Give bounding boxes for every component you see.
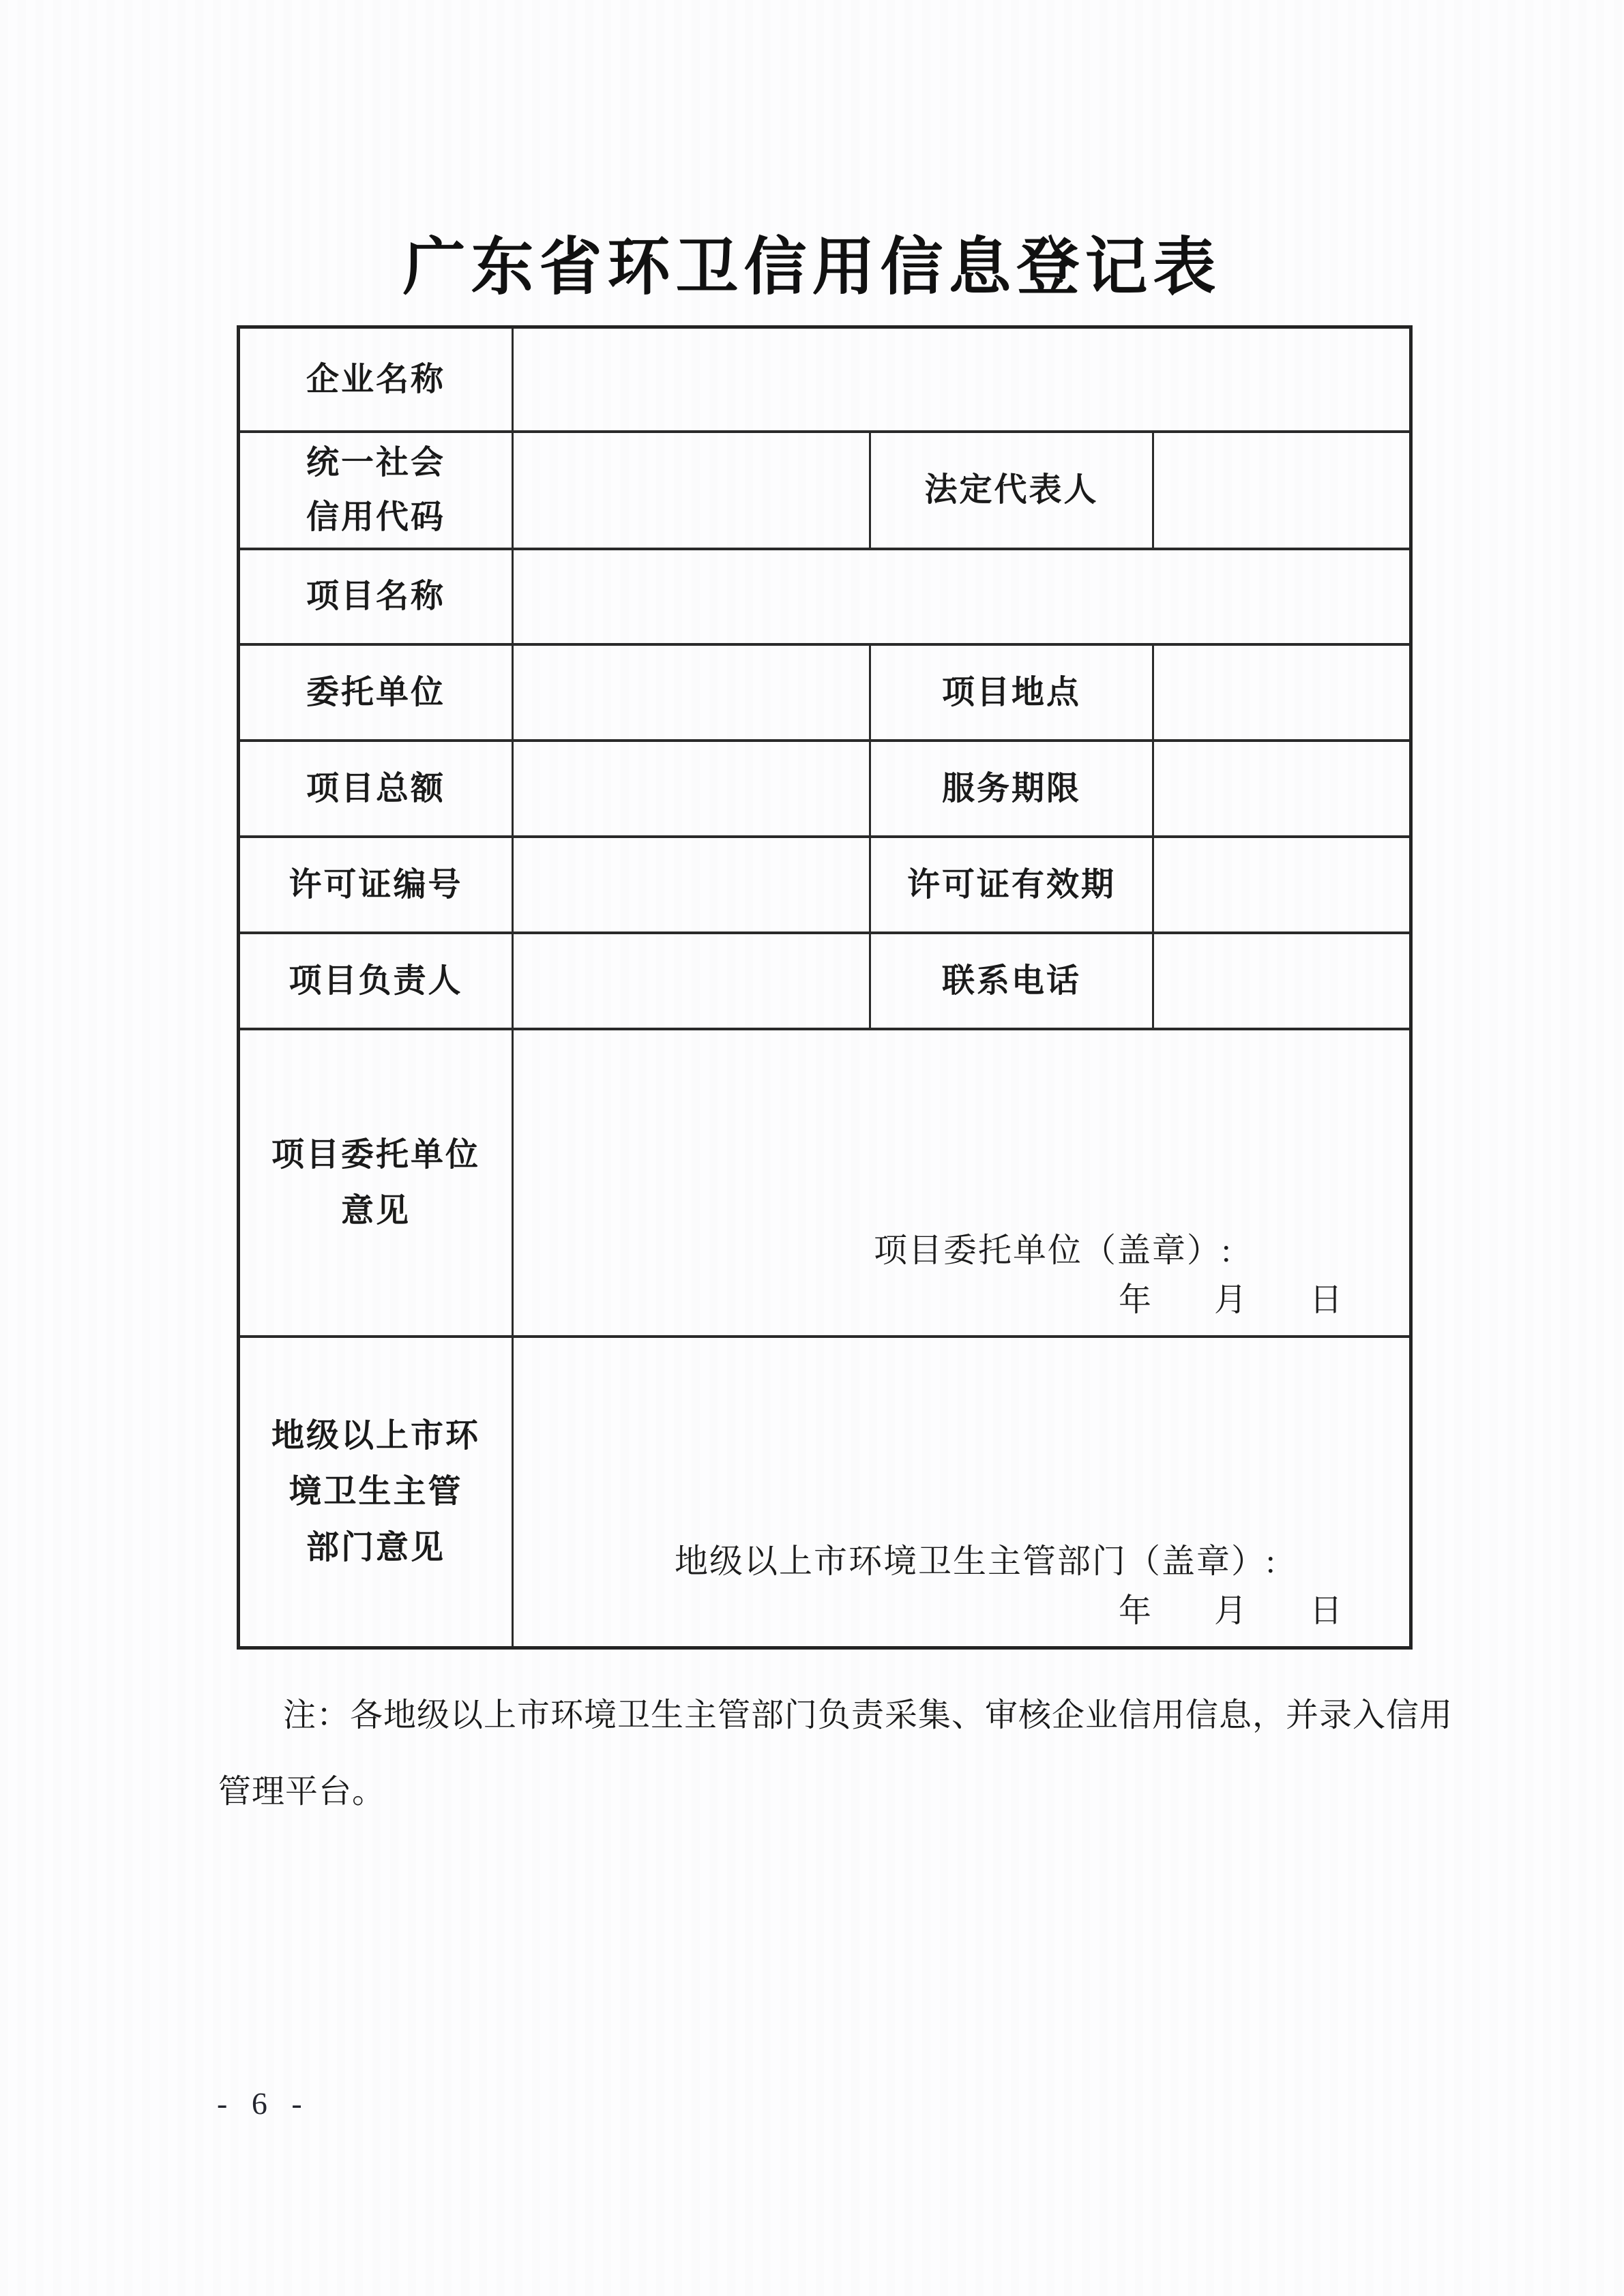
footnote: 注：各地级以上市环境卫生主管部门负责采集、审核企业信用信息，并录入信用 管理平台… (218, 1678, 1439, 1830)
entrusting-unit-stamp-line: 项目委托单位（盖章）: (874, 1230, 1409, 1271)
entrusting-unit-value (513, 644, 870, 741)
project-location-label: 项目地点 (870, 644, 1153, 741)
table-row-project-name: 项目名称 (239, 549, 1411, 644)
table-row-company-name: 企业名称 (239, 327, 1411, 432)
service-period-label: 服务期限 (870, 741, 1153, 837)
authority-opinion-area: 地级以上市环境卫生主管部门（盖章）: 年 月 日 (513, 1337, 1411, 1648)
footnote-line-1: 注：各地级以上市环境卫生主管部门负责采集、审核企业信用信息，并录入信用 (218, 1678, 1439, 1754)
registration-form-table: 企业名称 统一社会 信用代码 法定代表人 项目名称 委托单位 (237, 325, 1413, 1650)
license-validity-value (1153, 837, 1411, 933)
authority-opinion-content: 地级以上市环境卫生主管部门（盖章）: 年 月 日 (514, 1338, 1409, 1646)
authority-opinion-label: 地级以上市环 境卫生主管 部门意见 (239, 1337, 513, 1648)
date-month-label: 月 (1214, 1592, 1247, 1631)
date-year-label: 年 (1119, 1281, 1151, 1320)
date-month-label: 月 (1214, 1281, 1247, 1320)
project-name-label: 项目名称 (239, 549, 513, 644)
date-day-label: 日 (1310, 1281, 1342, 1320)
license-number-value (513, 837, 870, 933)
footnote-line-2: 管理平台。 (218, 1754, 1439, 1830)
project-location-value (1153, 644, 1411, 741)
table-row-entrusting-unit: 委托单位 项目地点 (239, 644, 1411, 741)
company-name-value (513, 327, 1411, 432)
authority-stamp-line: 地级以上市环境卫生主管部门（盖章）: (675, 1541, 1409, 1582)
credit-code-value (513, 432, 870, 549)
project-amount-label: 项目总额 (239, 741, 513, 837)
project-name-value (513, 549, 1411, 644)
project-amount-value (513, 741, 870, 837)
authority-date-line: 年 月 日 (514, 1592, 1409, 1631)
table-row-project-amount: 项目总额 服务期限 (239, 741, 1411, 837)
contact-phone-label: 联系电话 (870, 933, 1153, 1029)
project-leader-value (513, 933, 870, 1029)
entrusting-unit-opinion-area: 项目委托单位（盖章）: 年 月 日 (513, 1029, 1411, 1337)
legal-representative-value (1153, 432, 1411, 549)
table-row-entrusting-unit-opinion: 项目委托单位 意见 项目委托单位（盖章）: 年 月 日 (239, 1029, 1411, 1337)
license-number-label: 许可证编号 (239, 837, 513, 933)
license-validity-label: 许可证有效期 (870, 837, 1153, 933)
legal-representative-label: 法定代表人 (870, 432, 1153, 549)
page-title: 广东省环卫信用信息登记表 (0, 217, 1624, 307)
credit-code-label: 统一社会 信用代码 (239, 432, 513, 549)
date-year-label: 年 (1119, 1592, 1151, 1631)
company-name-label: 企业名称 (239, 327, 513, 432)
entrusting-unit-opinion-label: 项目委托单位 意见 (239, 1029, 513, 1337)
contact-phone-value (1153, 933, 1411, 1029)
table-row-authority-opinion: 地级以上市环 境卫生主管 部门意见 地级以上市环境卫生主管部门（盖章）: 年 月… (239, 1337, 1411, 1648)
table-row-project-leader: 项目负责人 联系电话 (239, 933, 1411, 1029)
page-number: - 6 - (217, 2085, 310, 2121)
entrusting-unit-label: 委托单位 (239, 644, 513, 741)
date-day-label: 日 (1310, 1592, 1342, 1631)
table-row-license-number: 许可证编号 许可证有效期 (239, 837, 1411, 933)
service-period-value (1153, 741, 1411, 837)
project-leader-label: 项目负责人 (239, 933, 513, 1029)
document-page: 广东省环卫信用信息登记表 企业名称 统一社会 信用代码 法定代表人 (0, 0, 1624, 2296)
entrusting-unit-opinion-content: 项目委托单位（盖章）: 年 月 日 (514, 1030, 1409, 1335)
table-row-credit-code: 统一社会 信用代码 法定代表人 (239, 432, 1411, 549)
entrusting-unit-date-line: 年 月 日 (514, 1281, 1409, 1320)
